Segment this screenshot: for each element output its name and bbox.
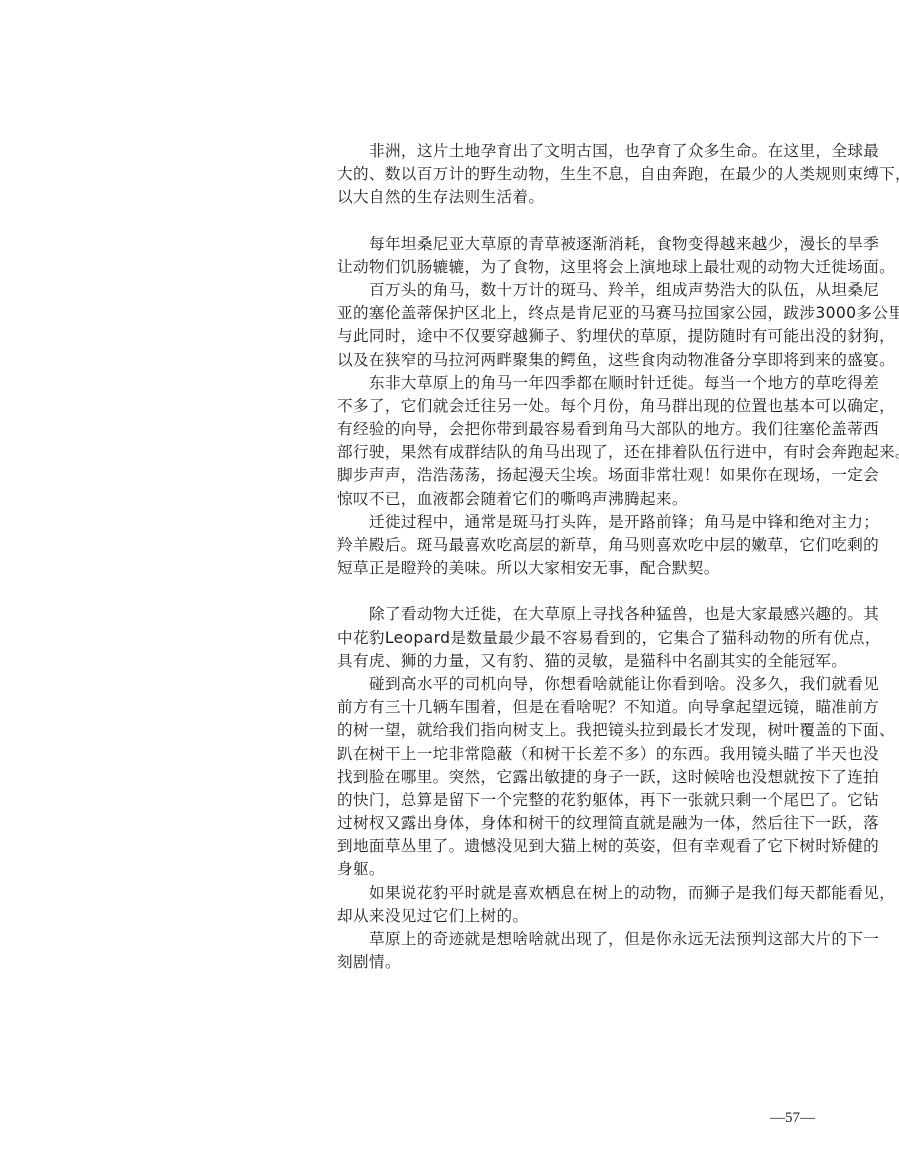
paragraph: 碰到高水平的司机向导，你想看啥就能让你看到啥。没多久，我们就看见 前方有三十几辆…	[337, 673, 823, 882]
text-line: 以大自然的生存法则生活着。	[337, 186, 823, 209]
text-line: 亚的塞伦盖蒂保护区北上，终点是肯尼亚的马赛马拉国家公园，跋涉3000多公里。	[337, 302, 823, 325]
text-line: 每年坦桑尼亚大草原的青草被逐渐消耗，食物变得越来越少，漫长的旱季	[337, 233, 823, 256]
text-line: 迁徙过程中，通常是斑马打头阵，是开路前锋；角马是中锋和绝对主力；	[337, 511, 823, 534]
paragraph: 除了看动物大迁徙，在大草原上寻找各种猛兽，也是大家最感兴趣的。其 中花豹Leop…	[337, 603, 823, 673]
text-line: 刻剧情。	[337, 951, 823, 974]
text-line: 短草正是瞪羚的美味。所以大家相安无事，配合默契。	[337, 557, 823, 580]
text-line: 的树一望，就给我们指向树支上。我把镜头拉到最长才发现，树叶覆盖的下面、	[337, 719, 823, 742]
text-line: 非洲，这片土地孕育出了文明古国，也孕育了众多生命。在这里，全球最	[337, 140, 823, 163]
text-line: 具有虎、狮的力量，又有豹、猫的灵敏，是猫科中名副其实的全能冠军。	[337, 650, 823, 673]
text-line: 羚羊殿后。斑马最喜欢吃高层的新草，角马则喜欢吃中层的嫩草，它们吃剩的	[337, 534, 823, 557]
text-line: 部行驶，果然有成群结队的角马出现了，还在排着队伍行进中，有时会奔跑起来。	[337, 441, 823, 464]
text-line: 与此同时，途中不仅要穿越狮子、豹埋伏的草原，提防随时有可能出没的豺狗，	[337, 325, 823, 348]
paragraph: 如果说花豹平时就是喜欢栖息在树上的动物，而狮子是我们每天都能看见， 却从来没见过…	[337, 882, 823, 928]
text-line: 却从来没见过它们上树的。	[337, 905, 823, 928]
text-line: 到地面草丛里了。遗憾没见到大猫上树的英姿，但有幸观看了它下树时矫健的	[337, 835, 823, 858]
text-line: 有经验的向导，会把你带到最容易看到角马大部队的地方。我们往塞伦盖蒂西	[337, 418, 823, 441]
text-line: 碰到高水平的司机向导，你想看啥就能让你看到啥。没多久，我们就看见	[337, 673, 823, 696]
paragraph-gap	[337, 210, 823, 233]
text-line: 除了看动物大迁徙，在大草原上寻找各种猛兽，也是大家最感兴趣的。其	[337, 603, 823, 626]
text-line: 让动物们饥肠辘辘，为了食物，这里将会上演地球上最壮观的动物大迁徙场面。	[337, 256, 823, 279]
text-line: 惊叹不已，血液都会随着它们的嘶鸣声沸腾起来。	[337, 488, 823, 511]
paragraph: 东非大草原上的角马一年四季都在顺时针迁徙。每当一个地方的草吃得差 不多了，它们就…	[337, 372, 823, 511]
text-line: 以及在狭窄的马拉河两畔聚集的鳄鱼，这些食肉动物准备分享即将到来的盛宴。	[337, 349, 823, 372]
body-text: 非洲，这片土地孕育出了文明古国，也孕育了众多生命。在这里，全球最 大的、数以百万…	[337, 140, 823, 974]
text-line: 过树杈又露出身体，身体和树干的纹理简直就是融为一体，然后往下一跃，落	[337, 812, 823, 835]
text-line: 大的、数以百万计的野生动物，生生不息，自由奔跑，在最少的人类规则束缚下，	[337, 163, 823, 186]
text-line: 百万头的角马，数十万计的斑马、羚羊，组成声势浩大的队伍，从坦桑尼	[337, 279, 823, 302]
text-line: 中花豹Leopard是数量最少最不容易看到的，它集合了猫科动物的所有优点，	[337, 627, 823, 650]
text-line: 趴在树干上一坨非常隐蔽（和树干长差不多）的东西。我用镜头瞄了半天也没	[337, 743, 823, 766]
text-line: 脚步声声，浩浩荡荡，扬起漫天尘埃。场面非常壮观！如果你在现场，一定会	[337, 464, 823, 487]
paragraph: 非洲，这片土地孕育出了文明古国，也孕育了众多生命。在这里，全球最 大的、数以百万…	[337, 140, 823, 210]
paragraph: 草原上的奇迹就是想啥啥就出现了，但是你永远无法预判这部大片的下一 刻剧情。	[337, 928, 823, 974]
text-line: 身躯。	[337, 858, 823, 881]
paragraph: 每年坦桑尼亚大草原的青草被逐渐消耗，食物变得越来越少，漫长的旱季 让动物们饥肠辘…	[337, 233, 823, 279]
text-line: 前方有三十几辆车围着，但是在看啥呢？不知道。向导拿起望远镜，瞄准前方	[337, 696, 823, 719]
text-line: 不多了，它们就会迁往另一处。每个月份，角马群出现的位置也基本可以确定，	[337, 395, 823, 418]
document-page: 非洲，这片土地孕育出了文明古国，也孕育了众多生命。在这里，全球最 大的、数以百万…	[0, 0, 899, 1151]
paragraph: 迁徙过程中，通常是斑马打头阵，是开路前锋；角马是中锋和绝对主力； 羚羊殿后。斑马…	[337, 511, 823, 581]
text-line: 如果说花豹平时就是喜欢栖息在树上的动物，而狮子是我们每天都能看见，	[337, 882, 823, 905]
page-number: —57—	[770, 1110, 815, 1127]
text-line: 东非大草原上的角马一年四季都在顺时针迁徙。每当一个地方的草吃得差	[337, 372, 823, 395]
paragraph-gap	[337, 580, 823, 603]
text-line: 的快门，总算是留下一个完整的花豹躯体，再下一张就只剩一个尾巴了。它钻	[337, 789, 823, 812]
text-line: 找到脸在哪里。突然，它露出敏捷的身子一跃，这时候啥也没想就按下了连拍	[337, 766, 823, 789]
paragraph: 百万头的角马，数十万计的斑马、羚羊，组成声势浩大的队伍，从坦桑尼 亚的塞伦盖蒂保…	[337, 279, 823, 372]
text-line: 草原上的奇迹就是想啥啥就出现了，但是你永远无法预判这部大片的下一	[337, 928, 823, 951]
